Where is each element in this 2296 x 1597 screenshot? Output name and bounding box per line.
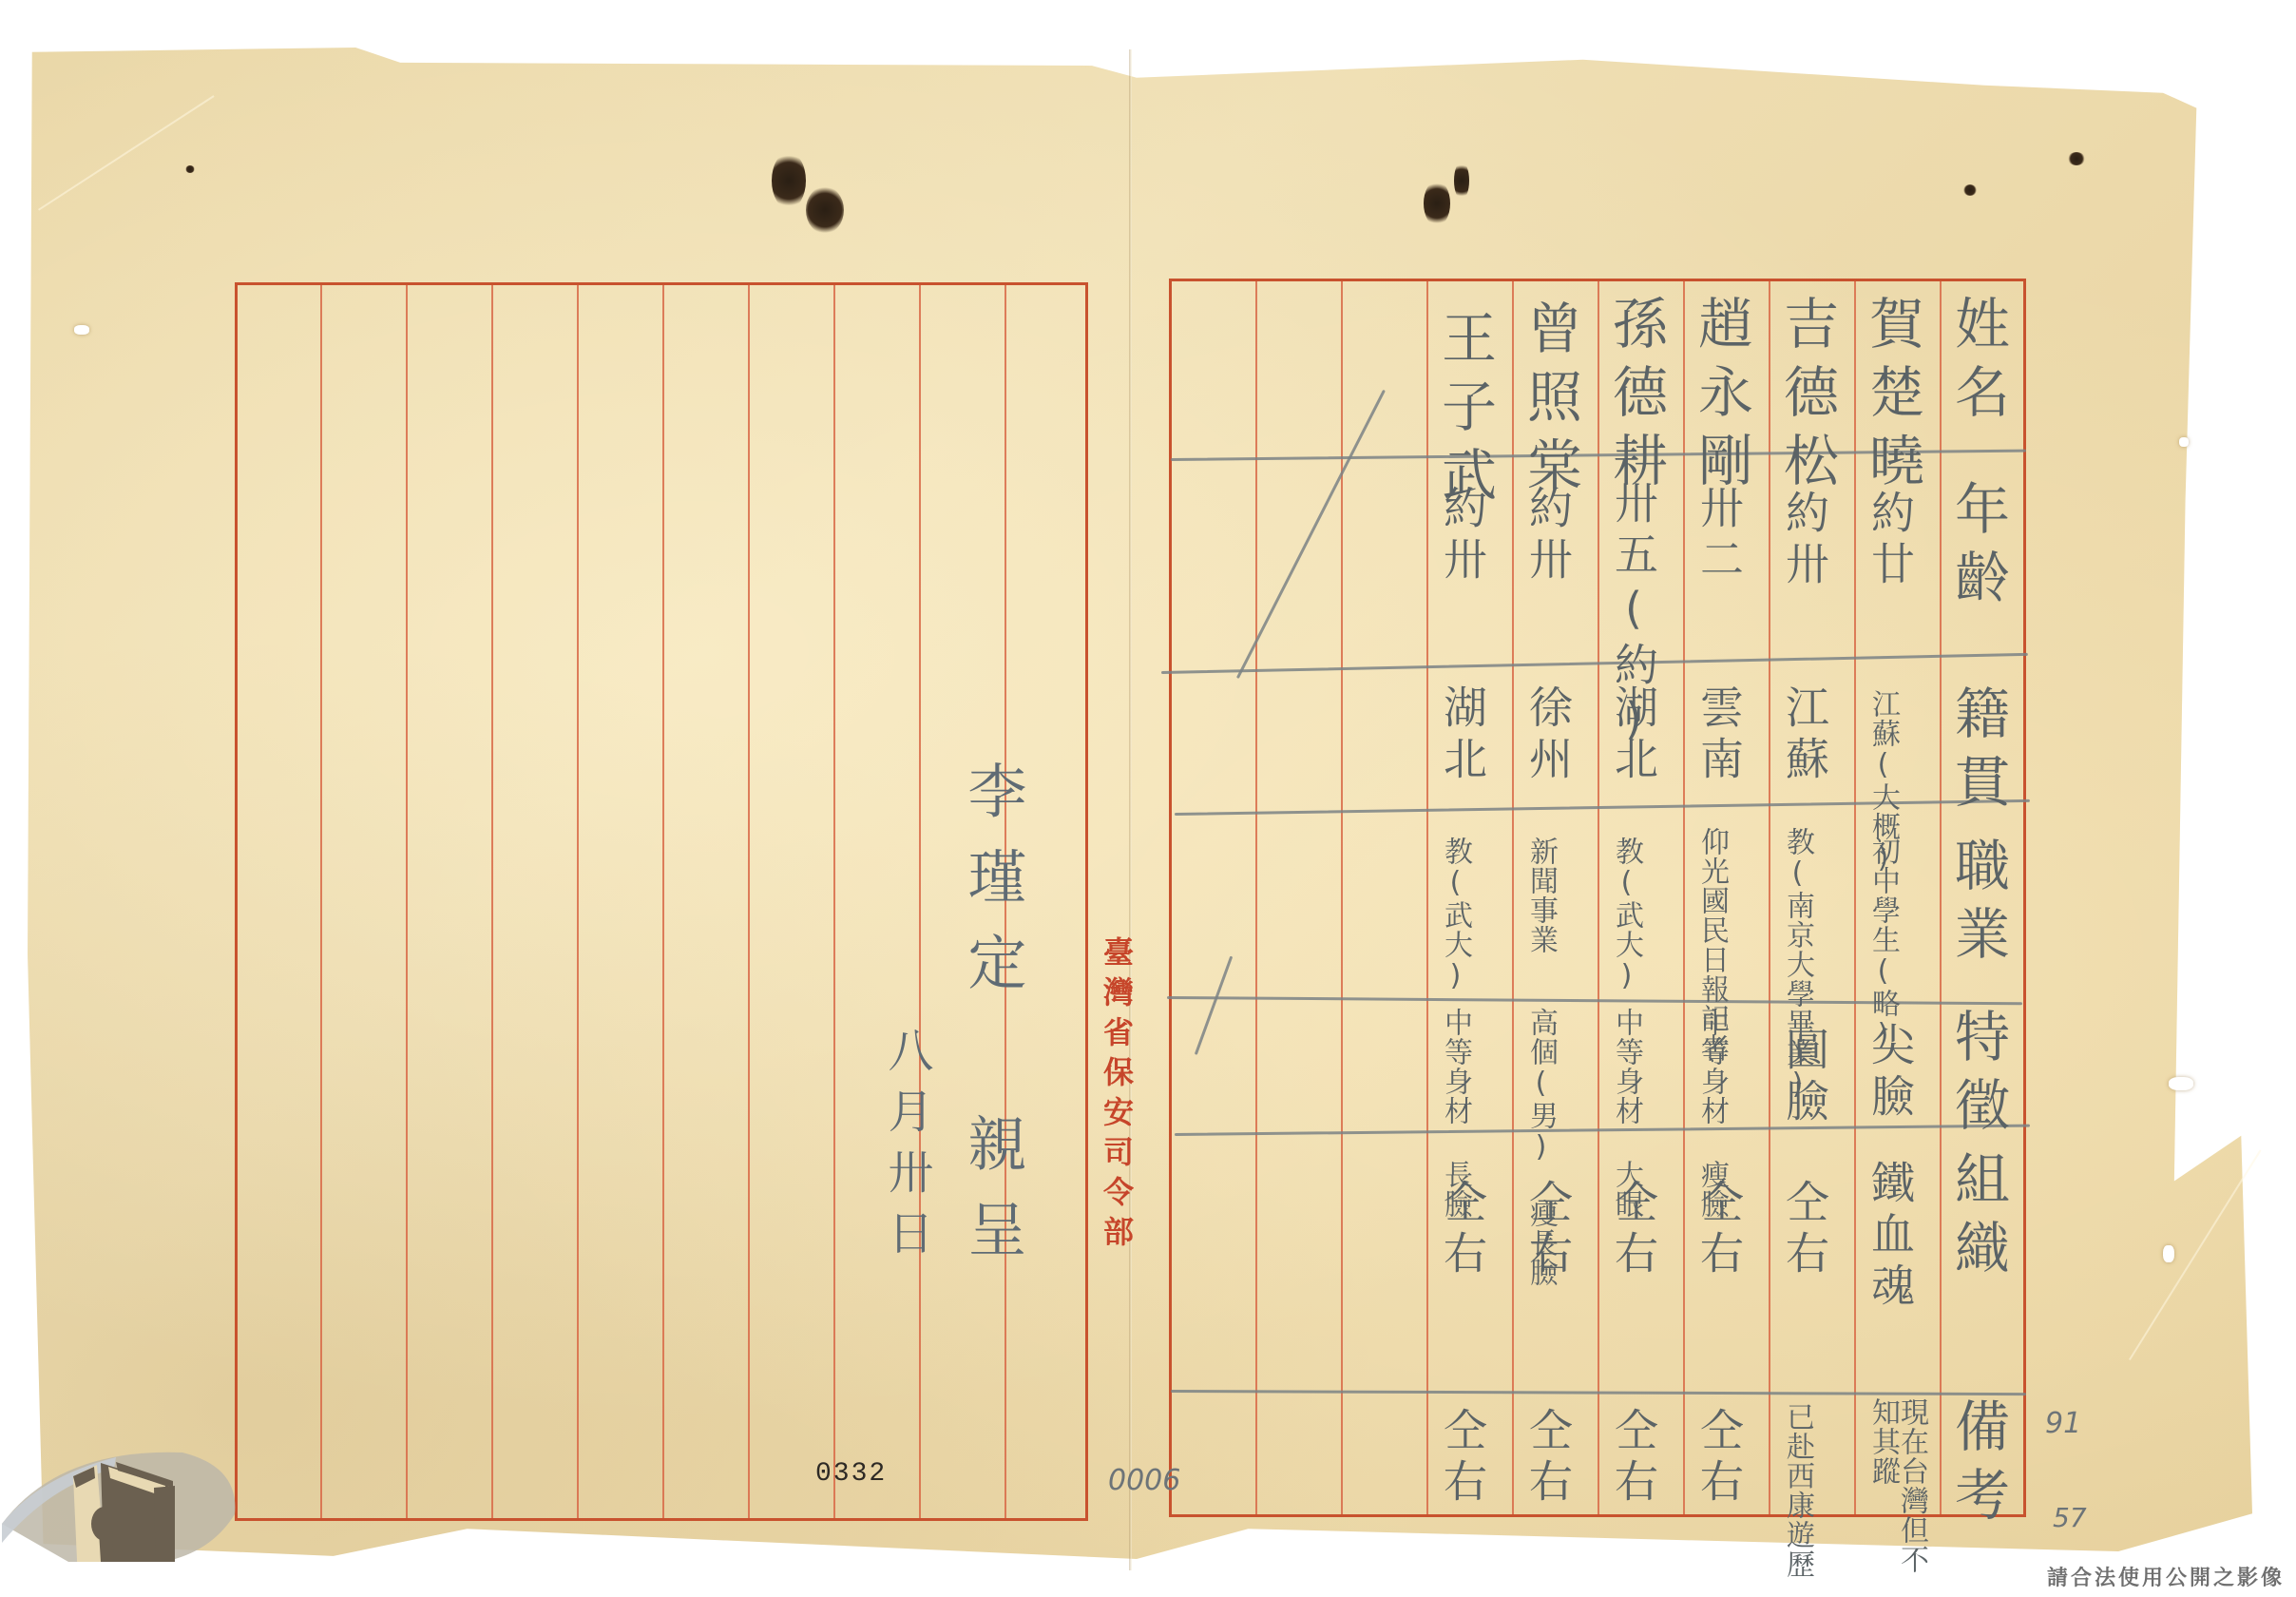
- row1-age: 約廿: [1868, 490, 1912, 592]
- row4-organization: 仝右: [1612, 1179, 1655, 1281]
- row6-remarks: 仝右: [1441, 1407, 1484, 1510]
- row3-organization: 仝右: [1697, 1179, 1741, 1281]
- paper-hole: [74, 325, 89, 335]
- row4-occupation: 教(武大): [1612, 837, 1640, 993]
- rule-line: [1255, 281, 1257, 1514]
- rule-line: [1854, 281, 1856, 1514]
- rule-line: [662, 285, 664, 1518]
- row1-organization: 鐵血魂: [1868, 1160, 1912, 1314]
- rule-line: [1940, 281, 1942, 1514]
- row5-name: 曾照棠: [1522, 299, 1578, 505]
- row5-organization: 仝右: [1526, 1179, 1570, 1281]
- row6-name: 王子武: [1437, 309, 1492, 514]
- stain: [1454, 162, 1469, 200]
- row2-origin: 江蘇: [1783, 684, 1827, 787]
- issuer-stamp: 臺灣省保安司令部: [1095, 936, 1138, 1256]
- signature: 李瑾定 親呈: [950, 760, 1035, 1284]
- rule-line: [833, 285, 835, 1518]
- header-origin: 籍貫: [1950, 684, 2005, 821]
- row5-age: 約卅: [1526, 485, 1570, 587]
- rule-line: [1341, 281, 1343, 1514]
- row6-origin: 湖北: [1441, 684, 1484, 787]
- row1-occupation: 初中學生(略): [1868, 837, 1897, 1052]
- rule-line: [1769, 281, 1770, 1514]
- stain: [2068, 152, 2085, 165]
- row3-remarks: 仝右: [1697, 1407, 1741, 1510]
- paper-hole: [2169, 1077, 2193, 1090]
- row1-remarks: 現在台灣但不知其蹤: [1868, 1397, 1925, 1597]
- stain: [1424, 181, 1450, 226]
- row6-organization: 仝右: [1441, 1179, 1484, 1281]
- header-organization: 組織: [1950, 1150, 2005, 1287]
- rule-line: [1683, 281, 1685, 1514]
- row2-name: 吉德松: [1779, 295, 1834, 500]
- usage-watermark: 請合法使用公開之影像: [2041, 1560, 2290, 1593]
- stain: [185, 165, 195, 173]
- archive-book-keyhole-icon: [2, 1410, 239, 1562]
- signature-date: 八月卅日: [874, 1027, 940, 1270]
- stain: [806, 186, 844, 234]
- row2-features: 圓臉: [1783, 1027, 1827, 1129]
- rule-line: [320, 285, 322, 1518]
- rule-line: [577, 285, 579, 1518]
- row4-origin: 湖北: [1612, 684, 1655, 787]
- row1-features: 尖臉: [1868, 1022, 1912, 1125]
- margin-number: 91: [2045, 1407, 2081, 1440]
- row6-age: 約卅: [1441, 485, 1484, 587]
- row4-name: 孫德耕: [1608, 295, 1663, 500]
- rule-line: [1598, 281, 1599, 1514]
- header-occupation: 職業: [1950, 837, 2005, 973]
- header-features: 特徵: [1950, 1008, 2005, 1145]
- rule-line: [1512, 281, 1514, 1514]
- paper-hole: [2163, 1245, 2174, 1262]
- rule-line: [919, 285, 921, 1518]
- header-remarks: 備考: [1950, 1397, 2005, 1534]
- row6-occupation: 教(武大): [1441, 837, 1469, 993]
- row5-remarks: 仝右: [1526, 1407, 1570, 1510]
- row4-remarks: 仝右: [1612, 1407, 1655, 1510]
- center-fold: [1129, 49, 1132, 1570]
- stain: [772, 152, 806, 209]
- rule-line: [748, 285, 750, 1518]
- row1-name: 賀楚曉: [1865, 295, 1920, 500]
- paper-hole: [2179, 437, 2189, 447]
- row3-age: 卅二: [1697, 485, 1741, 587]
- row2-remarks: 已赴西康遊歷: [1783, 1402, 1811, 1579]
- header-name: 姓名: [1950, 295, 2005, 432]
- page-mark: 0006: [1108, 1464, 1180, 1497]
- row3-name: 趙永剛: [1693, 295, 1749, 500]
- rule-line: [1426, 281, 1428, 1514]
- row2-organization: 仝右: [1783, 1179, 1827, 1281]
- margin-number: 57: [2053, 1502, 2087, 1533]
- stain: [1963, 184, 1977, 196]
- header-age: 年齡: [1950, 480, 2005, 617]
- row5-occupation: 新聞事業: [1526, 837, 1555, 954]
- rule-line: [406, 285, 408, 1518]
- serial-number: 0332: [815, 1459, 887, 1489]
- row3-origin: 雲南: [1697, 684, 1741, 787]
- rule-line: [491, 285, 493, 1518]
- row2-age: 約卅: [1783, 490, 1827, 592]
- row5-origin: 徐州: [1526, 684, 1570, 787]
